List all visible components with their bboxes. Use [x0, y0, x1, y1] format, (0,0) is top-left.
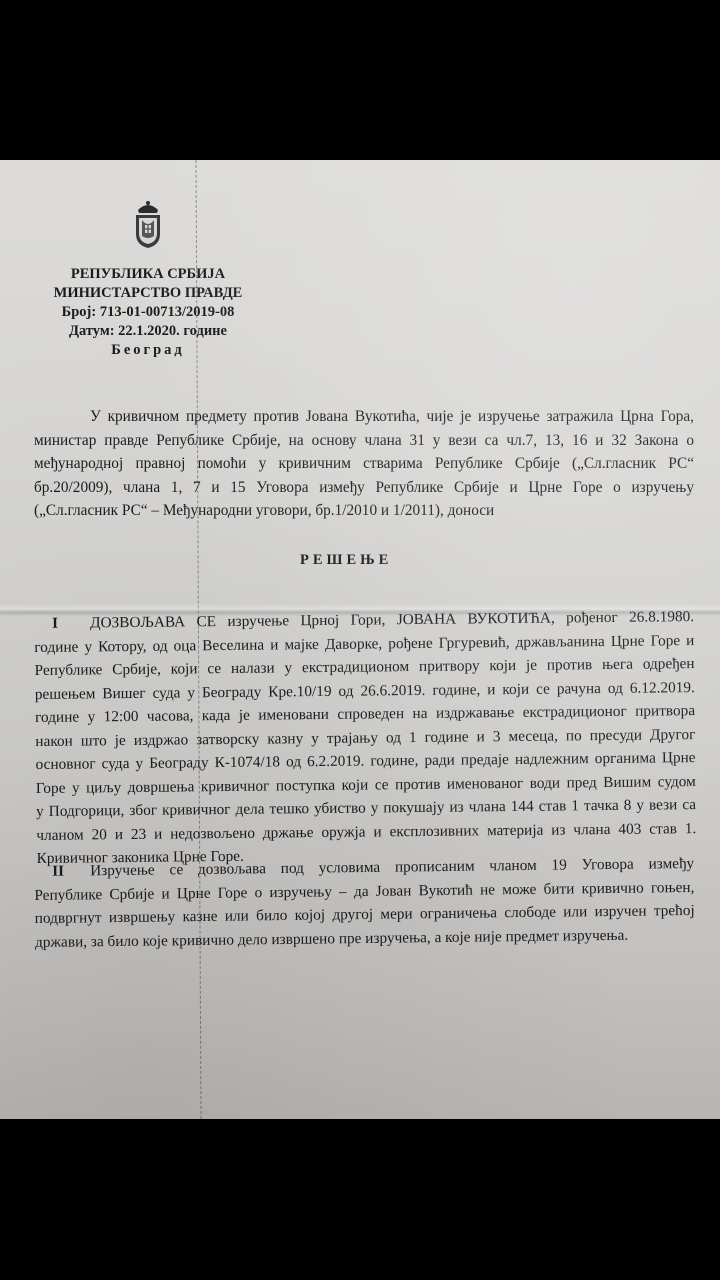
document-photo: РЕПУБЛИКА СРБИЈА МИНИСТАРСТВО ПРАВДЕ Бро…	[0, 160, 720, 1119]
intro-line: министар правде Републике Србије, на осн…	[34, 429, 694, 453]
intro-line: бр.20/2009), члана 1, 7 и 15 Уговора изм…	[34, 476, 694, 500]
document-city: Београд	[48, 341, 248, 360]
decision-title: РЕШЕЊЕ	[300, 552, 392, 569]
section-2-numeral: II	[34, 859, 90, 883]
intro-line: („Сл.гласник РС“ – Међународни уговори, …	[34, 499, 694, 523]
serbian-coat-of-arms-icon	[130, 198, 166, 250]
ministry-name: МИНИСТАРСТВО ПРАВДЕ	[48, 284, 248, 303]
document-number: Број: 713-01-00713/2019-08	[48, 303, 248, 322]
document-date: Датум: 22.1.2020. године	[48, 322, 248, 341]
intro-line: У кривичном предмету против Јована Вукот…	[34, 405, 694, 429]
section-2: IIИзручење се дозвољава под условима про…	[34, 852, 695, 954]
section-1: IДОЗВОЉАВА СЕ изручење Црној Гори, ЈОВАН…	[34, 605, 697, 870]
intro-line: међународној правној помоћи у кривичним …	[34, 452, 694, 476]
section-1-numeral: I	[34, 611, 90, 635]
letterhead: РЕПУБЛИКА СРБИЈА МИНИСТАРСТВО ПРАВДЕ Бро…	[48, 198, 248, 360]
intro-paragraph: У кривичном предмету против Јована Вукот…	[34, 405, 694, 523]
country-name: РЕПУБЛИКА СРБИЈА	[48, 265, 248, 284]
